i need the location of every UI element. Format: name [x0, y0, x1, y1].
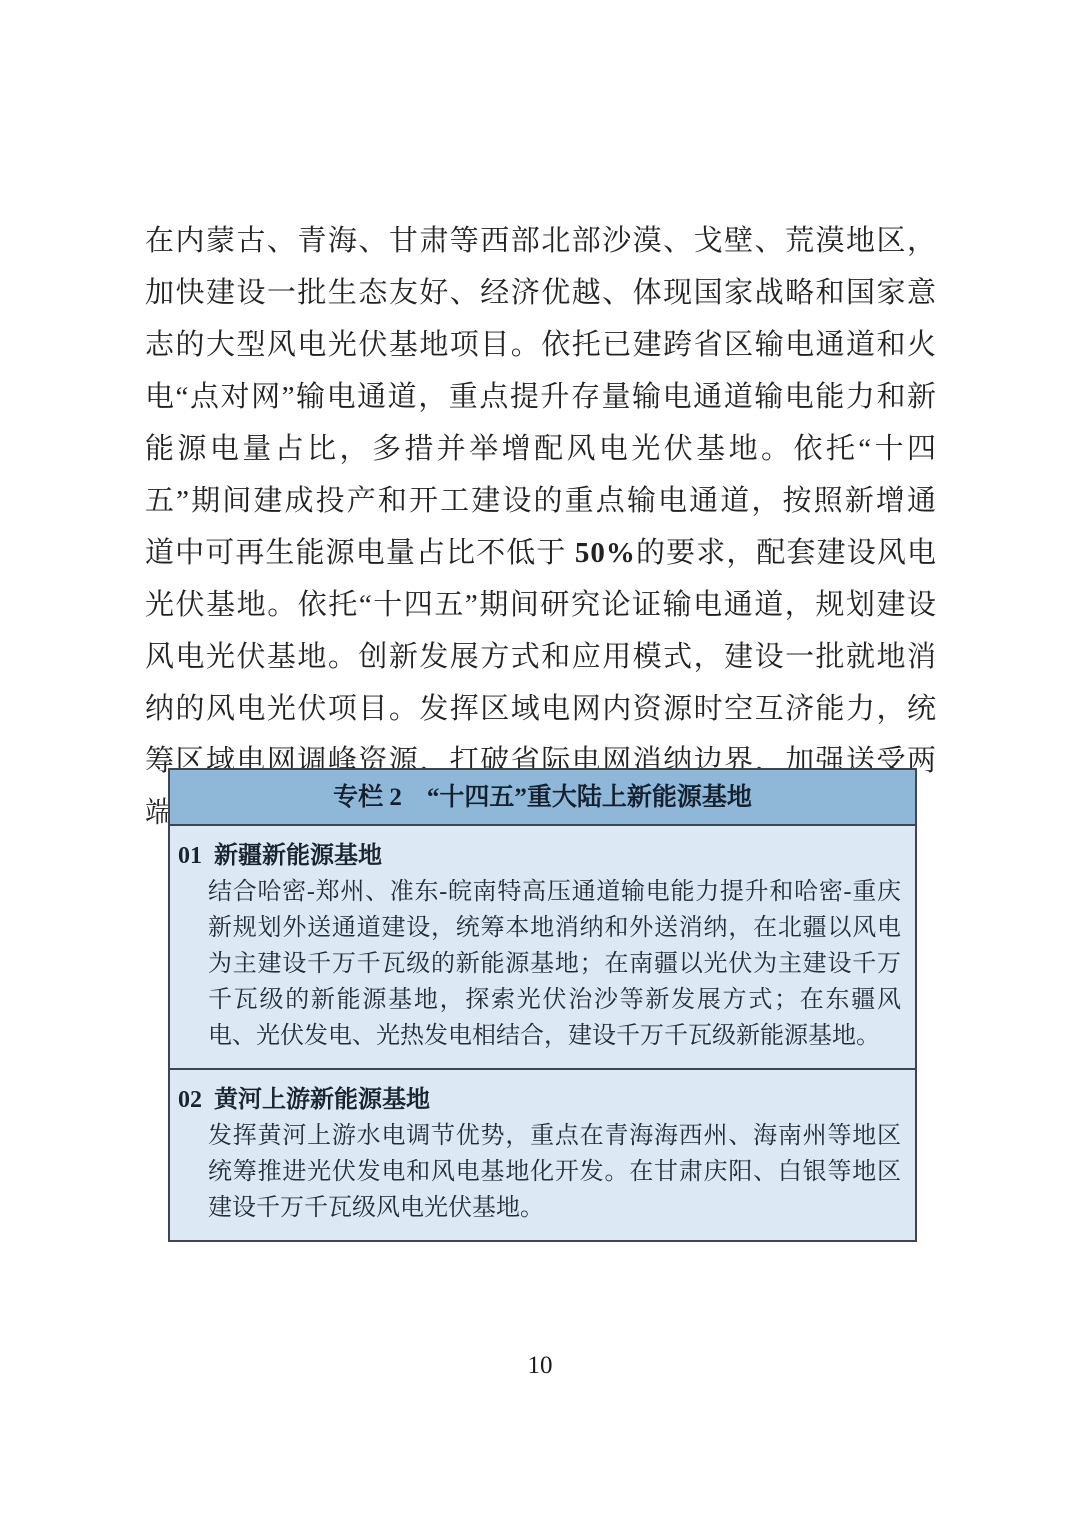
page-number: 10	[0, 1352, 1080, 1380]
column-2-box: 专栏 2 “十四五”重大陆上新能源基地 01新疆新能源基地 结合哈密-郑州、准东…	[168, 768, 917, 1242]
section-title: 黄河上游新能源基地	[214, 1087, 430, 1113]
body-paragraph-bold-percentage: 50%	[575, 537, 636, 569]
section-number: 01	[178, 843, 202, 869]
box-section-xinjiang: 01新疆新能源基地 结合哈密-郑州、准东-皖南特高压通道输电能力提升和哈密-重庆…	[170, 826, 915, 1068]
section-number: 02	[178, 1087, 202, 1113]
column-box-title: 专栏 2 “十四五”重大陆上新能源基地	[170, 770, 915, 826]
box-section-heading: 02黄河上游新能源基地	[178, 1082, 903, 1118]
body-paragraph: 在内蒙古、青海、甘肃等西部北部沙漠、戈壁、荒漠地区，加快建设一批生态友好、经济优…	[145, 215, 937, 839]
section-title: 新疆新能源基地	[214, 843, 382, 869]
box-section-heading: 01新疆新能源基地	[178, 838, 903, 874]
section-body-text: 发挥黄河上游水电调节优势，重点在青海海西州、海南州等地区统筹推进光伏发电和风电基…	[208, 1118, 901, 1226]
section-body-text: 结合哈密-郑州、准东-皖南特高压通道输电能力提升和哈密-重庆新规划外送通道建设，…	[208, 874, 901, 1054]
document-page: 在内蒙古、青海、甘肃等西部北部沙漠、戈壁、荒漠地区，加快建设一批生态友好、经济优…	[0, 0, 1080, 1527]
box-section-yellow-river: 02黄河上游新能源基地 发挥黄河上游水电调节优势，重点在青海海西州、海南州等地区…	[170, 1068, 915, 1240]
column-box-body: 01新疆新能源基地 结合哈密-郑州、准东-皖南特高压通道输电能力提升和哈密-重庆…	[170, 826, 915, 1240]
body-paragraph-part1: 在内蒙古、青海、甘肃等西部北部沙漠、戈壁、荒漠地区，加快建设一批生态友好、经济优…	[145, 225, 937, 569]
